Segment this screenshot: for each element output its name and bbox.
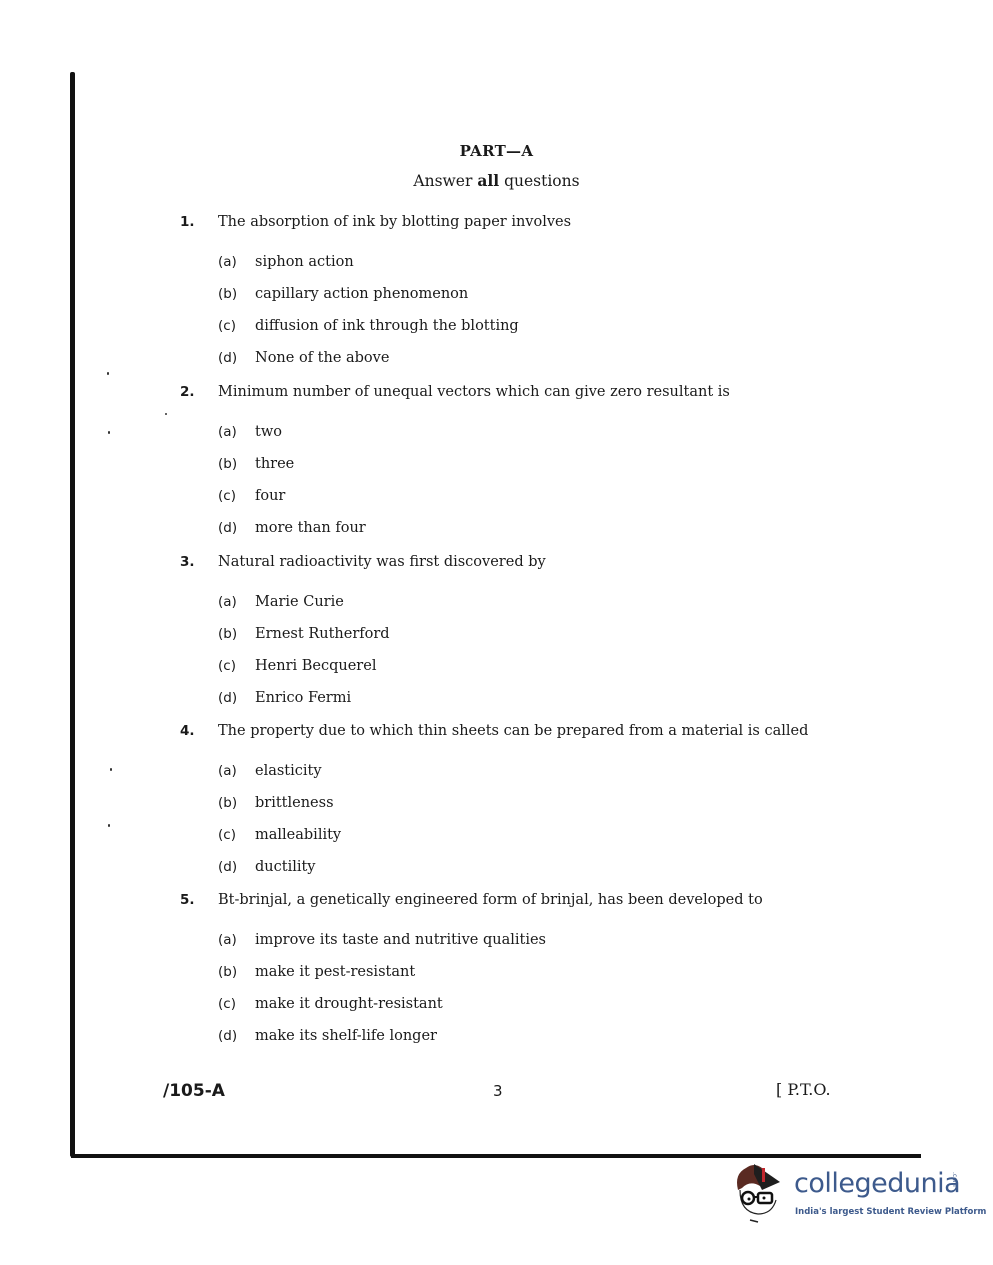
question-2: 2.Minimum number of unequal vectors whic…	[180, 384, 840, 544]
question-number: 1.	[180, 214, 218, 230]
question-4: 4.The property due to which thin sheets …	[180, 723, 840, 883]
option-d: (d)make its shelf-life longer	[218, 1020, 840, 1052]
page-number: 3	[493, 1082, 503, 1100]
question-text: Natural radioactivity was first discover…	[218, 554, 840, 570]
paper-code: /105-A	[163, 1081, 225, 1101]
option-c: (c)Henri Becquerel	[218, 650, 840, 682]
option-a: (a)siphon action	[218, 246, 840, 278]
scan-speck	[108, 824, 110, 827]
brand-tagline: India's largest Student Review Platform	[795, 1207, 986, 1217]
option-c: (c)make it drought-resistant	[218, 988, 840, 1020]
option-d: (d)more than four	[218, 512, 840, 544]
part-title: PART—A	[0, 142, 993, 160]
question-number: 2.	[180, 384, 218, 400]
option-a: (a)improve its taste and nutritive quali…	[218, 924, 840, 956]
question-5: 5.Bt-brinjal, a genetically engineered f…	[180, 892, 840, 1052]
question-text: The property due to which thin sheets ca…	[218, 723, 840, 739]
option-d: (d)Enrico Fermi	[218, 682, 840, 714]
option-b: (b)capillary action phenomenon	[218, 278, 840, 310]
option-d: (d)ductility	[218, 851, 840, 883]
question-text: Minimum number of unequal vectors which …	[218, 384, 840, 400]
question-number: 5.	[180, 892, 218, 908]
option-c: (c)four	[218, 480, 840, 512]
option-a: (a)elasticity	[218, 755, 840, 787]
option-c: (c)diffusion of ink through the blotting	[218, 310, 840, 342]
pto-note: [ P.T.O.	[776, 1080, 831, 1099]
mascot-icon	[732, 1160, 794, 1226]
option-a: (a)two	[218, 416, 840, 448]
scan-speck	[108, 431, 110, 434]
question-number: 3.	[180, 554, 218, 570]
scan-speck	[110, 768, 112, 771]
scan-speck	[107, 372, 109, 375]
instructions: Answer all questions	[0, 171, 993, 190]
question-3: 3.Natural radioactivity was first discov…	[180, 554, 840, 714]
scan-bottom-rule	[71, 1154, 921, 1158]
question-1: 1.The absorption of ink by blotting pape…	[180, 214, 840, 374]
scan-speck	[165, 413, 167, 415]
brand-name: collegedunia	[794, 1168, 960, 1199]
option-b: (b)brittleness	[218, 787, 840, 819]
question-text: The absorption of ink by blotting paper …	[218, 214, 840, 230]
question-text: Bt-brinjal, a genetically engineered for…	[218, 892, 840, 908]
option-b: (b)make it pest-resistant	[218, 956, 840, 988]
option-a: (a)Marie Curie	[218, 586, 840, 618]
question-number: 4.	[180, 723, 218, 739]
option-d: (d)None of the above	[218, 342, 840, 374]
brand-domain-suffix: .com	[951, 1172, 958, 1187]
scan-left-border	[70, 72, 75, 1157]
option-b: (b)three	[218, 448, 840, 480]
collegedunia-logo: collegedunia .com India's largest Studen…	[732, 1160, 964, 1226]
option-b: (b)Ernest Rutherford	[218, 618, 840, 650]
option-c: (c)malleability	[218, 819, 840, 851]
